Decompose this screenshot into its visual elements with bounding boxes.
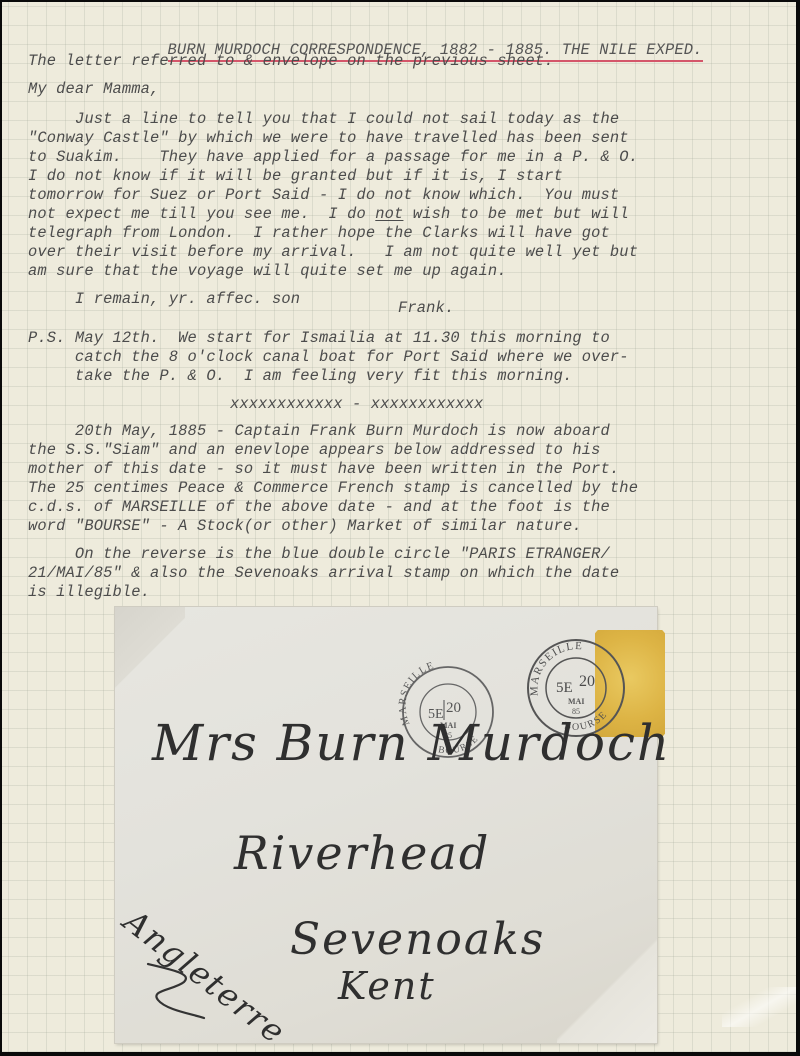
address-line-village: Riverhead <box>234 826 490 880</box>
letter-line: I do not know if it will be granted but … <box>28 167 563 186</box>
commentary-line: 20th May, 1885 - Captain Frank Burn Murd… <box>28 422 610 441</box>
album-page: BURN MURDOCH CORRESPONDENCE, 1882 - 1885… <box>2 2 796 1052</box>
intro-line: The letter referred to & envelope on the… <box>28 52 554 71</box>
commentary-line: c.d.s. of MARSEILLE of the above date - … <box>28 498 610 517</box>
address-line-town: Sevenoaks <box>290 914 545 965</box>
letter-line: telegraph from London. I rather hope the… <box>28 224 610 243</box>
letter-line: am sure that the voyage will quite set m… <box>28 262 507 281</box>
postmark-time: 5E <box>556 680 573 696</box>
letter-line: "Conway Castle" by which we were to have… <box>28 129 629 148</box>
closing: I remain, yr. affec. son <box>28 290 300 309</box>
separator: xxxxxxxxxxxx - xxxxxxxxxxxx <box>230 395 483 414</box>
postmark-month: MAI <box>568 697 584 706</box>
letter-line: to Suakim. They have applied for a passa… <box>28 148 638 167</box>
address-line-name: Mrs Burn Murdoch <box>152 714 671 772</box>
text-segment: not expect me till you see me. I do <box>28 205 375 223</box>
light-glare <box>722 987 796 1027</box>
underlined-word: not <box>375 205 403 223</box>
commentary-line: mother of this date - so it must have be… <box>28 460 619 479</box>
commentary-line: the S.S."Siam" and an enevlope appears b… <box>28 441 601 460</box>
letter-line-emphasis: not expect me till you see me. I do not … <box>28 205 629 224</box>
commentary-line: The 25 centimes Peace & Commerce French … <box>28 479 638 498</box>
signature: Frank. <box>398 299 454 318</box>
letter-line: over their visit before my arrival. I am… <box>28 243 638 262</box>
address-line-county: Kent <box>338 964 436 1008</box>
postmark-day: 20 <box>579 673 595 690</box>
photo-corner <box>557 933 657 1043</box>
photo-corner <box>115 607 185 697</box>
postscript-line: take the P. & O. I am feeling very fit t… <box>28 367 572 386</box>
reverse-line: 21/MAI/85" & also the Sevenoaks arrival … <box>28 564 619 583</box>
reverse-line: is illegible. <box>28 583 150 602</box>
salutation: My dear Mamma, <box>28 80 159 99</box>
text-segment: wish to be met but will <box>403 205 628 223</box>
letter-line: tomorrow for Suez or Port Said - I do no… <box>28 186 619 205</box>
postscript-line: catch the 8 o'clock canal boat for Port … <box>28 348 629 367</box>
flourish-mark-icon <box>144 960 214 1020</box>
postscript-line: P.S. May 12th. We start for Ismailia at … <box>28 329 610 348</box>
reverse-line: On the reverse is the blue double circle… <box>28 545 610 564</box>
letter-line: Just a line to tell you that I could not… <box>28 110 619 129</box>
commentary-line: word "BOURSE" - A Stock(or other) Market… <box>28 517 582 536</box>
